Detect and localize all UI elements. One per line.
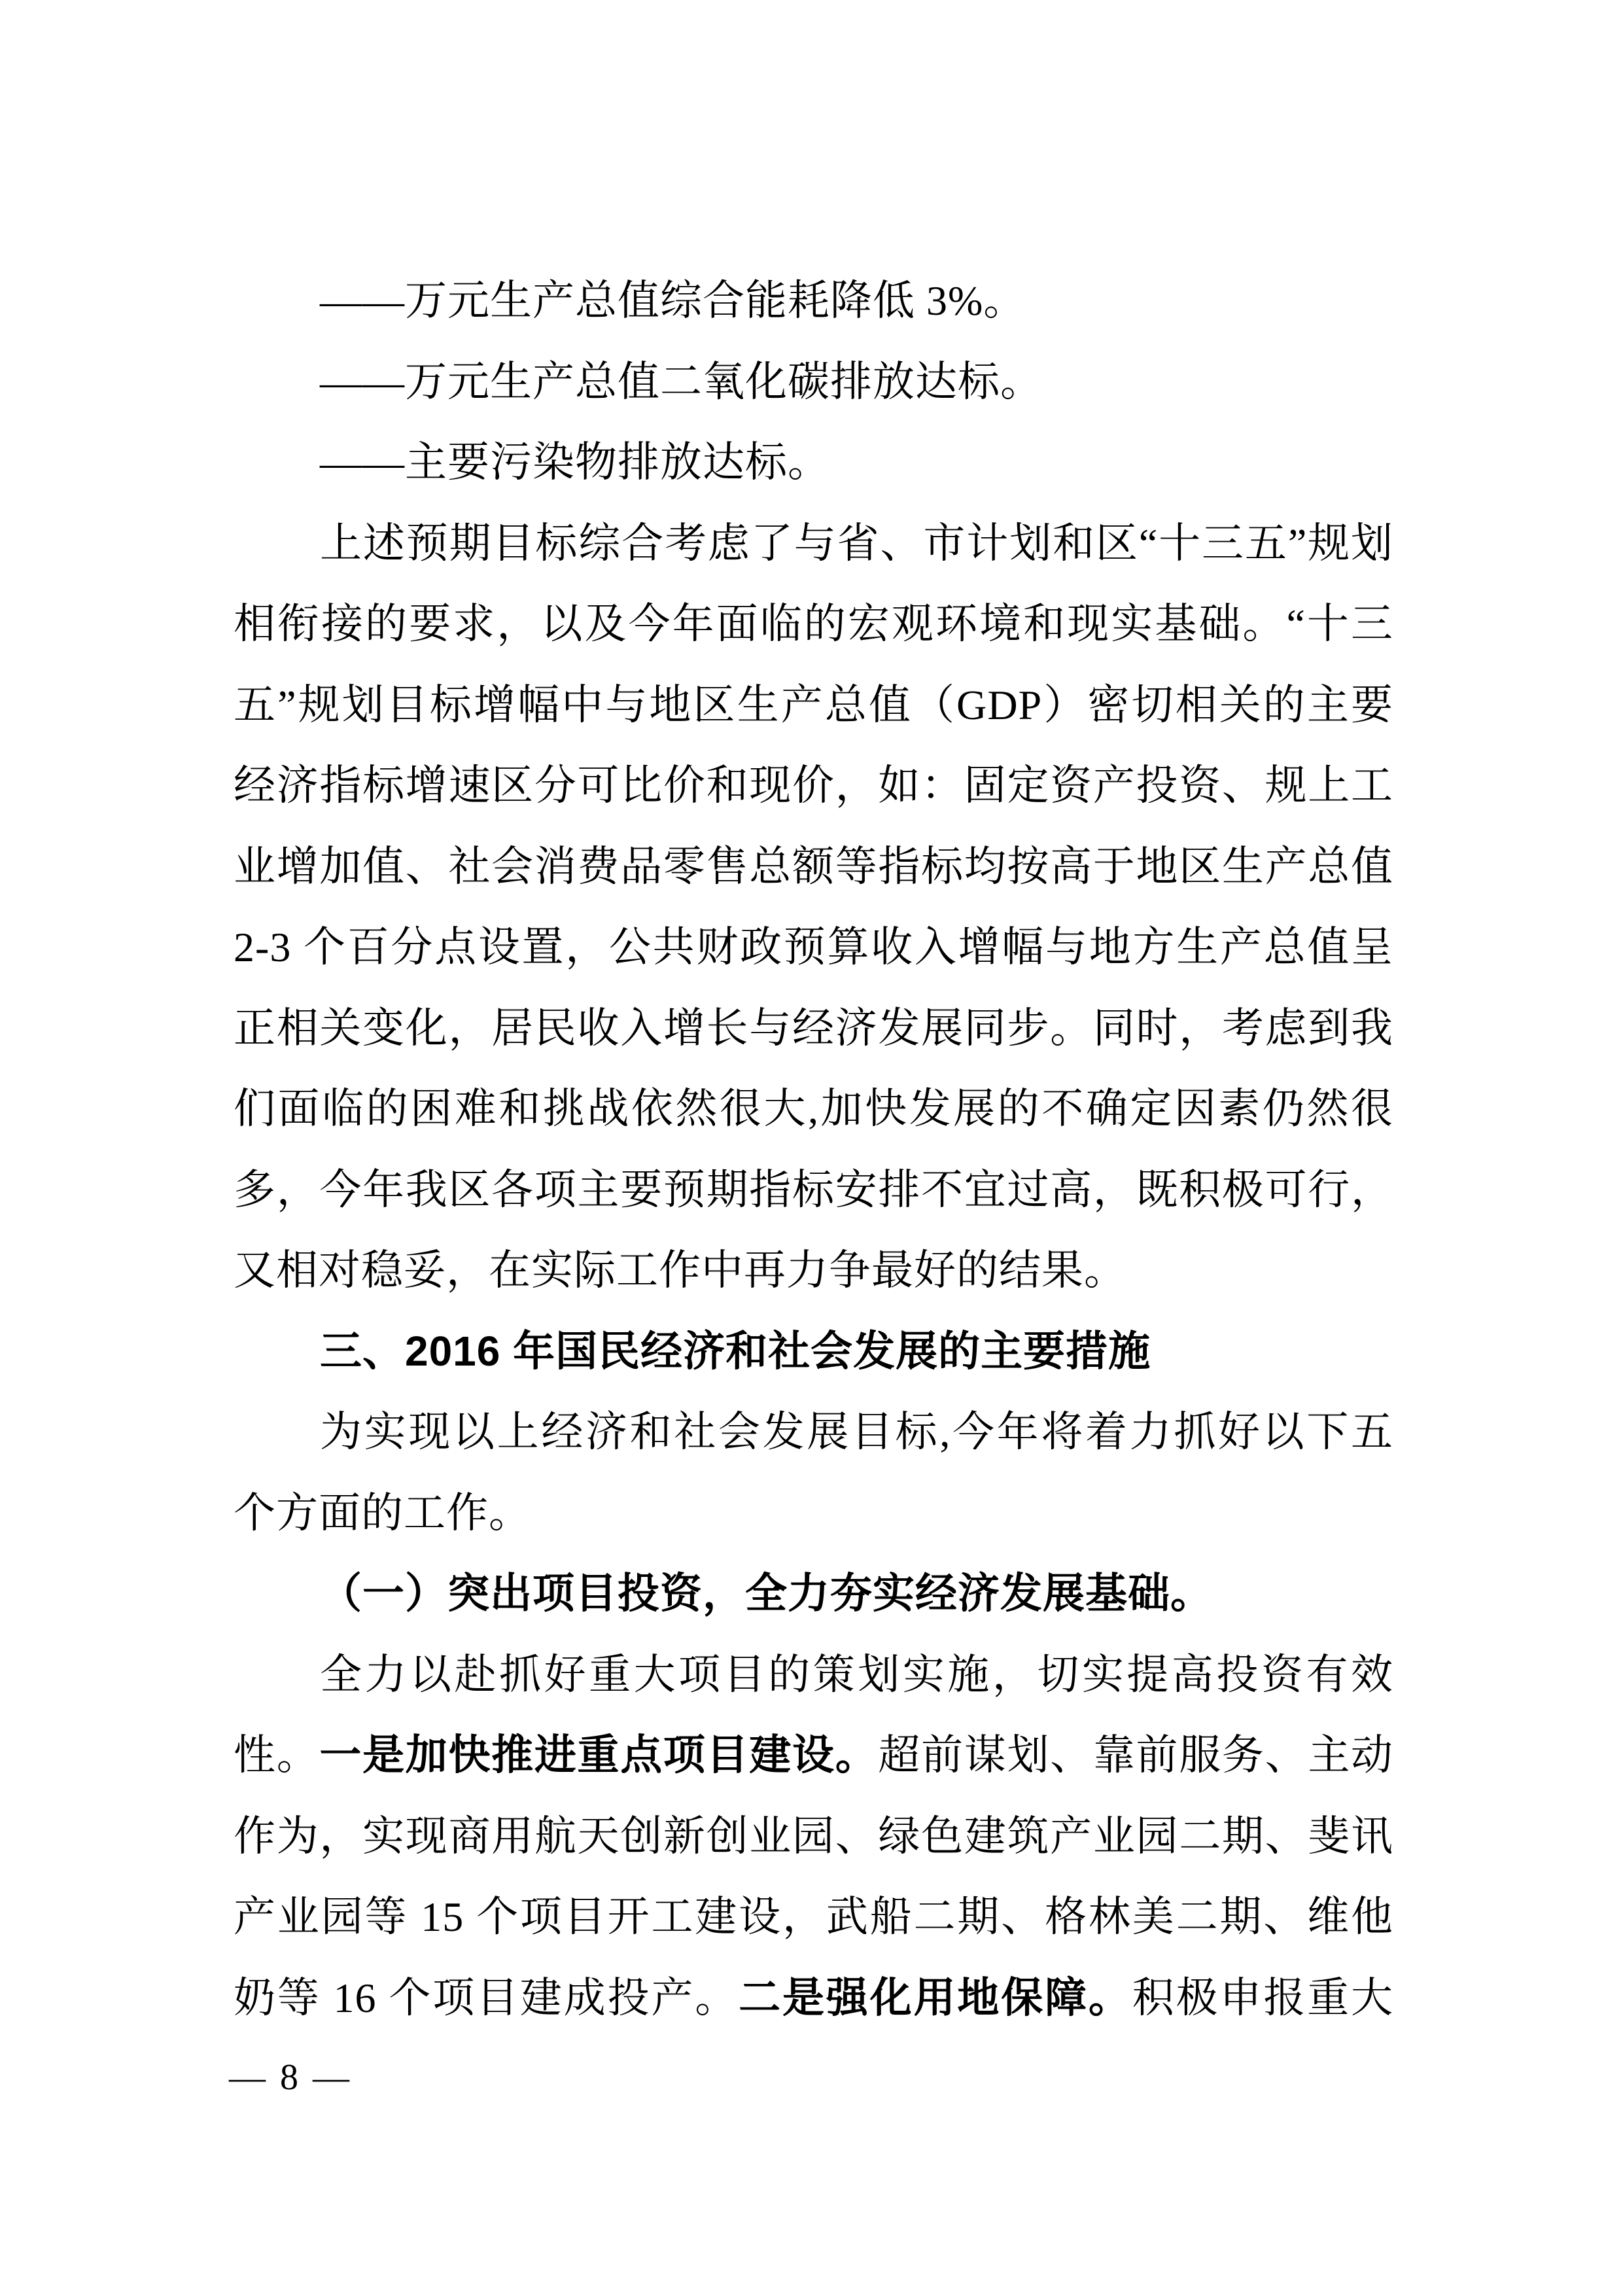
body-text: 正相关变化，居民收入增长与经济发展同步。同时，考虑到我 (234, 1005, 1393, 1051)
body-text: ——主要污染物排放达标。 (320, 439, 830, 486)
body-text: 上述预期目标综合考虑了与省、市计划和区“十三五”规划 (320, 520, 1393, 567)
body-text: 五”规划目标增幅中与地区生产总值（GDP）密切相关的主要 (234, 682, 1393, 728)
text-line: 们面临的困难和挑战依然很大,加快发展的不确定因素仍然很 (234, 1069, 1393, 1150)
body-text: 奶等 16 个项目建成投产。 (234, 1975, 739, 2021)
body-text: 全力以赴抓好重大项目的策划实施，切实提高投资有效 (320, 1651, 1393, 1698)
page-number: — 8 — (229, 2051, 352, 2104)
text-line: 业增加值、社会消费品零售总额等指标均按高于地区生产总值 (234, 826, 1393, 908)
body-text: 2-3 个百分点设置，公共财政预算收入增幅与地方生产总值呈 (234, 924, 1393, 970)
body-text: 经济指标增速区分可比价和现价，如：固定资产投资、规上工 (234, 762, 1393, 809)
body-text: 积极申报重大 (1132, 1975, 1393, 2021)
body-text: 多，今年我区各项主要预期指标安排不宜过高，既积极可行， (234, 1167, 1393, 1213)
text-line: 正相关变化，居民收入增长与经济发展同步。同时，考虑到我 (234, 988, 1393, 1069)
bold-text: 三、2016 年国民经济和社会发展的主要措施 (320, 1328, 1151, 1375)
subsection-heading: （一）突出项目投资，全力夯实经济发展基础。 (234, 1553, 1393, 1634)
text-line: 五”规划目标增幅中与地区生产总值（GDP）密切相关的主要 (234, 665, 1393, 746)
text-line: 产业园等 15 个项目开工建设，武船二期、格林美二期、维他 (234, 1877, 1393, 1958)
bold-text: （一）突出项目投资，全力夯实经济发展基础。 (320, 1570, 1213, 1617)
text-line: 2-3 个百分点设置，公共财政预算收入增幅与地方生产总值呈 (234, 907, 1393, 988)
body-text: 业增加值、社会消费品零售总额等指标均按高于地区生产总值 (234, 843, 1393, 890)
body-text: 们面临的困难和挑战依然很大,加快发展的不确定因素仍然很 (234, 1086, 1393, 1132)
bold-text: 一是加快推进重点项目建设。 (319, 1732, 878, 1778)
text-line: 经济指标增速区分可比价和现价，如：固定资产投资、规上工 (234, 745, 1393, 826)
body-text: 又相对稳妥，在实际工作中再力争最好的结果。 (234, 1247, 1126, 1294)
text-line: 为实现以上经济和社会发展目标,今年将着力抓好以下五 (234, 1392, 1393, 1473)
body-text: ——万元生产总值综合能耗降低 3%。 (320, 277, 1026, 324)
dash-item: ——主要污染物排放达标。 (234, 422, 1393, 503)
dash-item: ——万元生产总值二氧化碳排放达标。 (234, 342, 1393, 423)
body-text: 相衔接的要求，以及今年面临的宏观环境和现实基础。“十三 (234, 601, 1393, 647)
text-line: 上述预期目标综合考虑了与省、市计划和区“十三五”规划 (234, 503, 1393, 584)
text-line: 作为，实现商用航天创新创业园、绿色建筑产业园二期、斐讯 (234, 1796, 1393, 1877)
section-heading: 三、2016 年国民经济和社会发展的主要措施 (234, 1311, 1393, 1392)
dash-item: ——万元生产总值综合能耗降低 3%。 (234, 260, 1393, 342)
text-line: 相衔接的要求，以及今年面临的宏观环境和现实基础。“十三 (234, 584, 1393, 665)
document-page: ——万元生产总值综合能耗降低 3%。——万元生产总值二氧化碳排放达标。——主要污… (0, 0, 1623, 2296)
document-body: ——万元生产总值综合能耗降低 3%。——万元生产总值二氧化碳排放达标。——主要污… (234, 260, 1393, 2038)
text-line: 又相对稳妥，在实际工作中再力争最好的结果。 (234, 1230, 1393, 1311)
body-text: 个方面的工作。 (234, 1490, 531, 1536)
body-text: 产业园等 15 个项目开工建设，武船二期、格林美二期、维他 (234, 1894, 1393, 1940)
body-text: 性。 (234, 1732, 319, 1778)
body-text: ——万元生产总值二氧化碳排放达标。 (320, 359, 1043, 405)
text-line: 性。一是加快推进重点项目建设。超前谋划、靠前服务、主动 (234, 1715, 1393, 1796)
body-text: 超前谋划、靠前服务、主动 (878, 1732, 1393, 1778)
text-line: 奶等 16 个项目建成投产。二是强化用地保障。积极申报重大 (234, 1958, 1393, 2039)
text-line: 全力以赴抓好重大项目的策划实施，切实提高投资有效 (234, 1634, 1393, 1716)
text-line: 多，今年我区各项主要预期指标安排不宜过高，既积极可行， (234, 1150, 1393, 1231)
body-text: 为实现以上经济和社会发展目标,今年将着力抓好以下五 (320, 1409, 1393, 1455)
text-line: 个方面的工作。 (234, 1473, 1393, 1554)
body-text: 作为，实现商用航天创新创业园、绿色建筑产业园二期、斐讯 (234, 1813, 1393, 1860)
bold-text: 二是强化用地保障。 (739, 1975, 1132, 2021)
